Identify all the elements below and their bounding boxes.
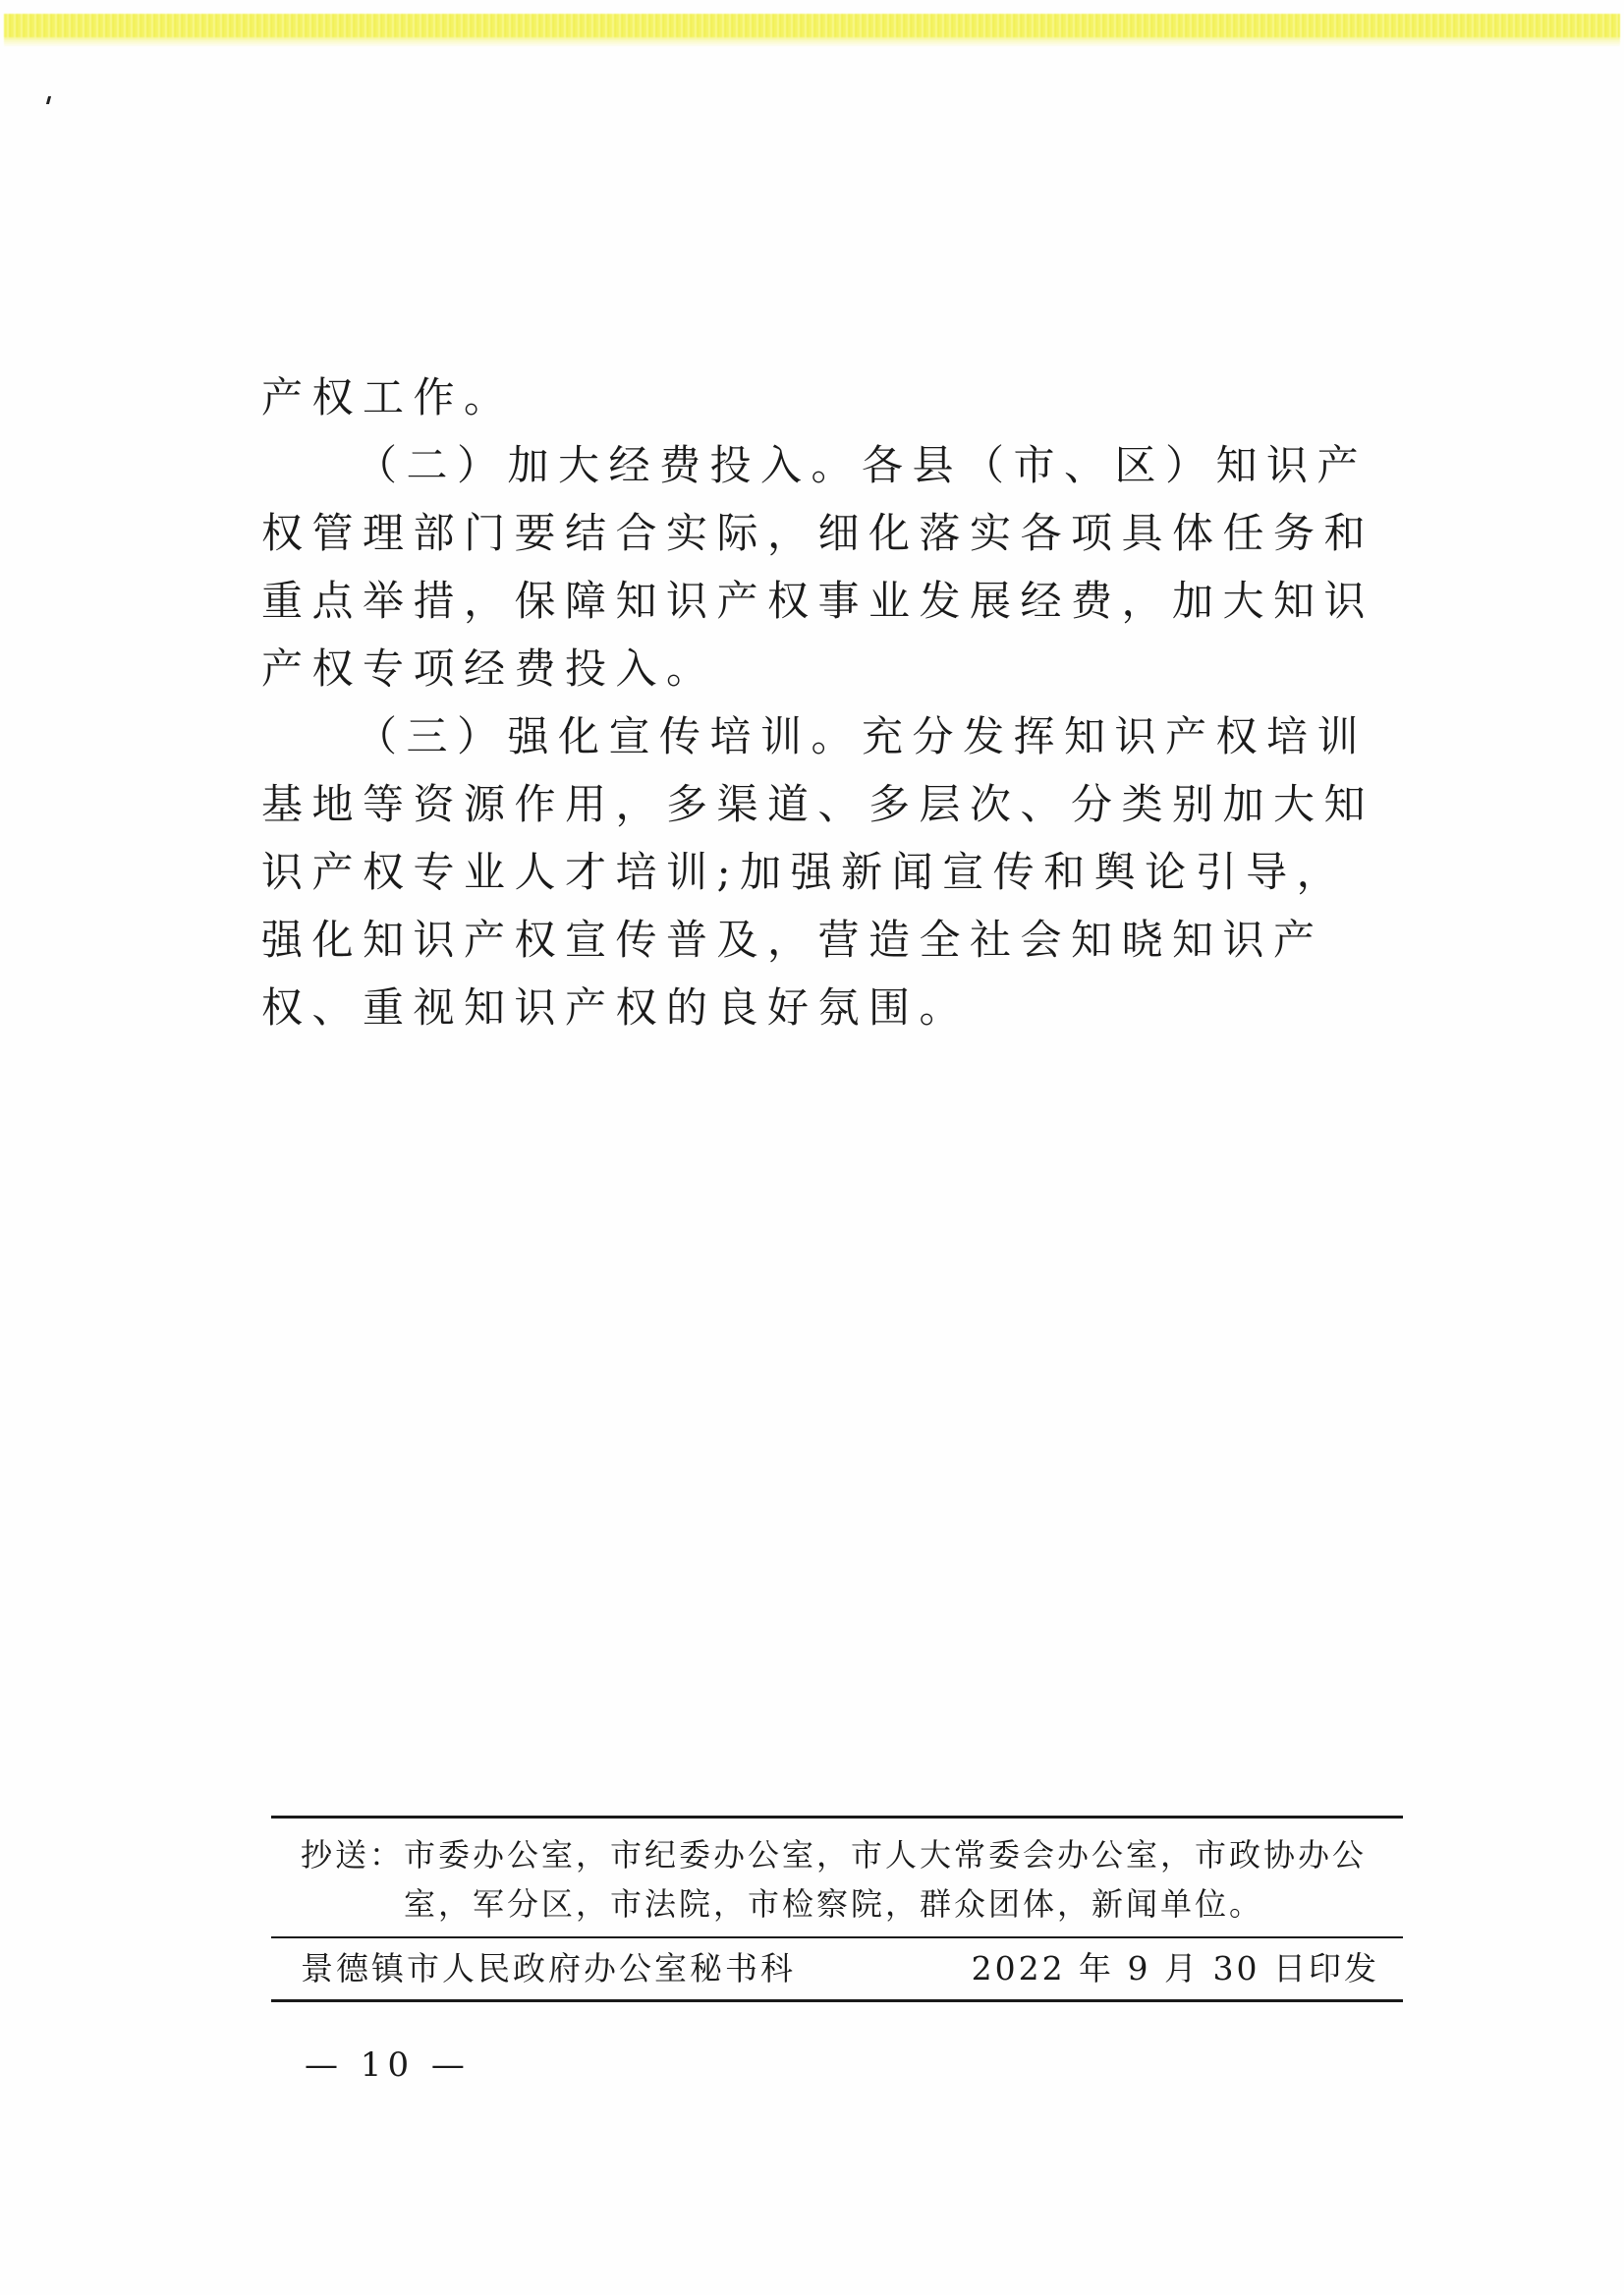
document-body: 产权工作。 （二）加大经费投入。各县（市、区）知识产权管理部门要结合实际，细化落… — [261, 364, 1391, 1041]
footer-bottom-rule — [271, 1999, 1403, 2002]
cc-label: 抄送： — [301, 1830, 404, 1929]
issue-date: 2022 年 9 月 30 日印发 — [972, 1944, 1379, 1993]
scan-speck — [46, 96, 51, 104]
scan-artifact-band — [4, 14, 1620, 39]
paragraph-continuation: 产权工作。 — [261, 364, 1391, 431]
page-number: — 10 — — [305, 2045, 471, 2085]
cc-recipients: 市委办公室，市纪委办公室，市人大常委会办公室，市政协办公室，军分区，市法院，市检… — [404, 1830, 1403, 1929]
cc-block: 抄送： 市委办公室，市纪委办公室，市人大常委会办公室，市政协办公室，军分区，市法… — [271, 1819, 1403, 1936]
issue-line: 景德镇市人民政府办公室秘书科 2022 年 9 月 30 日印发 — [271, 1938, 1403, 1999]
paragraph-funding: （二）加大经费投入。各县（市、区）知识产权管理部门要结合实际，细化落实各项具体任… — [261, 431, 1391, 702]
document-footer: 抄送： 市委办公室，市纪委办公室，市人大常委会办公室，市政协办公室，军分区，市法… — [271, 1816, 1403, 2002]
issuer: 景德镇市人民政府办公室秘书科 — [301, 1944, 796, 1993]
paragraph-publicity-training: （三）强化宣传培训。充分发挥知识产权培训基地等资源作用，多渠道、多层次、分类别加… — [261, 702, 1391, 1041]
